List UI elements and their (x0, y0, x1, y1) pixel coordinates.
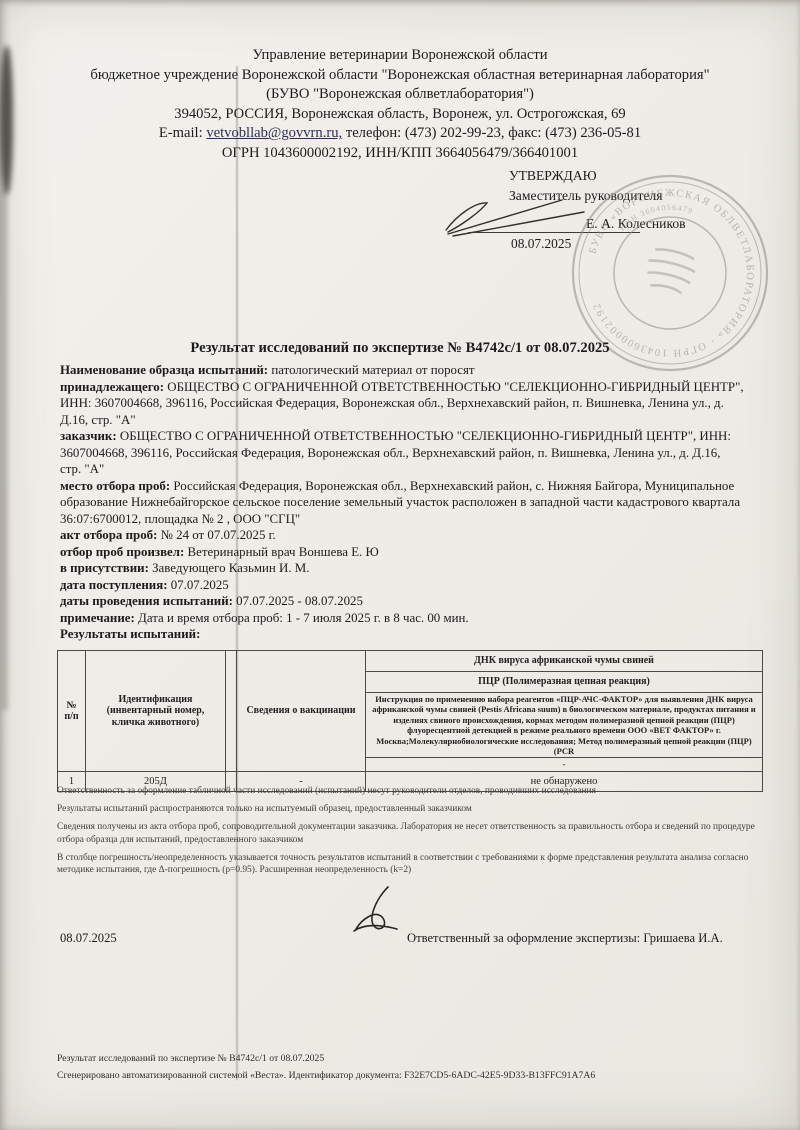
field-receipt-date: дата поступления: 07.07.2025 (60, 577, 744, 594)
field-sampler: отбор проб произвел: Ветеринарный врач В… (60, 544, 744, 561)
footer-expertise-ref: Результат исследований по экспертизе № В… (57, 1051, 777, 1068)
letterhead-contacts: E-mail: vetvobllab@govvrn.ru, телефон: (… (36, 124, 764, 144)
field-owner: принадлежащего: ОБЩЕСТВО С ОГРАНИЧЕННОЙ … (60, 379, 744, 429)
result-header-method-details: Инструкция по применению набора реагенто… (366, 693, 763, 758)
email-address: vetvobllab@govvrn.ru, (206, 125, 342, 141)
results-section-label: Результаты испытаний: (60, 626, 744, 643)
footnote-responsibility: Ответственность за оформление табличной … (57, 785, 764, 798)
letterhead-institution: бюджетное учреждение Воронежской области… (36, 66, 764, 86)
scan-artifact-smudge-tail (1, 190, 8, 710)
executor-signature (350, 884, 414, 938)
results-table: № п/п Идентификация (инвентарный номер, … (57, 650, 763, 792)
result-header-dash: - (366, 758, 763, 772)
footer-generated-by: Сгенерировано автоматизированной системо… (57, 1068, 777, 1085)
email-label: E-mail: (159, 125, 203, 141)
field-test-dates: даты проведения испытаний: 07.07.2025 - … (60, 593, 744, 610)
column-header-spacer (226, 651, 237, 772)
signoff-date: 08.07.2025 (60, 931, 117, 946)
scanned-document-page: Управление ветеринарии Воронежской облас… (0, 0, 800, 1130)
letterhead-address: 394052, РОССИЯ, Воронежская область, Вор… (36, 105, 764, 125)
column-header-vaccination: Сведения о вакцинации (237, 651, 366, 772)
column-header-identification: Идентификация (инвентарный номер, кличка… (86, 651, 226, 772)
letterhead: Управление ветеринарии Воронежской облас… (36, 46, 764, 164)
letterhead-ogrn-inn: ОГРН 1043600002192, ИНН/КПП 3664056479/3… (36, 144, 764, 164)
column-header-number: № п/п (58, 651, 86, 772)
footnotes: Ответственность за оформление табличной … (57, 785, 764, 883)
field-sampling-act: акт отбора проб: № 24 от 07.07.2025 г. (60, 527, 744, 544)
scan-artifact-smudge (0, 46, 13, 194)
stamp-center-illegible-text (643, 246, 699, 295)
document-title: Результат исследований по экспертизе № В… (0, 340, 800, 357)
field-sampling-place: место отбора проб: Российская Федерация,… (60, 478, 744, 528)
letterhead-authority: Управление ветеринарии Воронежской облас… (36, 46, 764, 66)
letterhead-short-name: (БУВО "Воронежская облветлаборатория") (36, 85, 764, 105)
field-sample-name: Наименование образца испытаний: патологи… (60, 362, 744, 379)
field-customer: заказчик: ОБЩЕСТВО С ОГРАНИЧЕННОЙ ОТВЕТС… (60, 428, 744, 478)
footnote-sampling-info: Сведения получены из акта отбора проб, с… (57, 821, 764, 846)
footnote-scope: Результаты испытаний распространяются то… (57, 803, 764, 816)
page-footer: Результат исследований по экспертизе № В… (57, 1051, 777, 1084)
field-note: примечание: Дата и время отбора проб: 1 … (60, 610, 744, 627)
document-fields: Наименование образца испытаний: патологи… (60, 362, 744, 643)
phone-fax: телефон: (473) 202-99-23, факс: (473) 23… (346, 125, 641, 141)
field-witness: в присутствии: Заведующего Казьмин И. М. (60, 560, 744, 577)
result-header-method: ПЦР (Полимеразная цепная реакция) (366, 672, 763, 693)
result-header-target: ДНК вируса африканской чумы свиней (366, 651, 763, 672)
signoff-responsible: Ответственный за оформление экспертизы: … (407, 931, 723, 946)
footnote-uncertainty: В столбце погрешность/неопределенность у… (57, 852, 764, 877)
